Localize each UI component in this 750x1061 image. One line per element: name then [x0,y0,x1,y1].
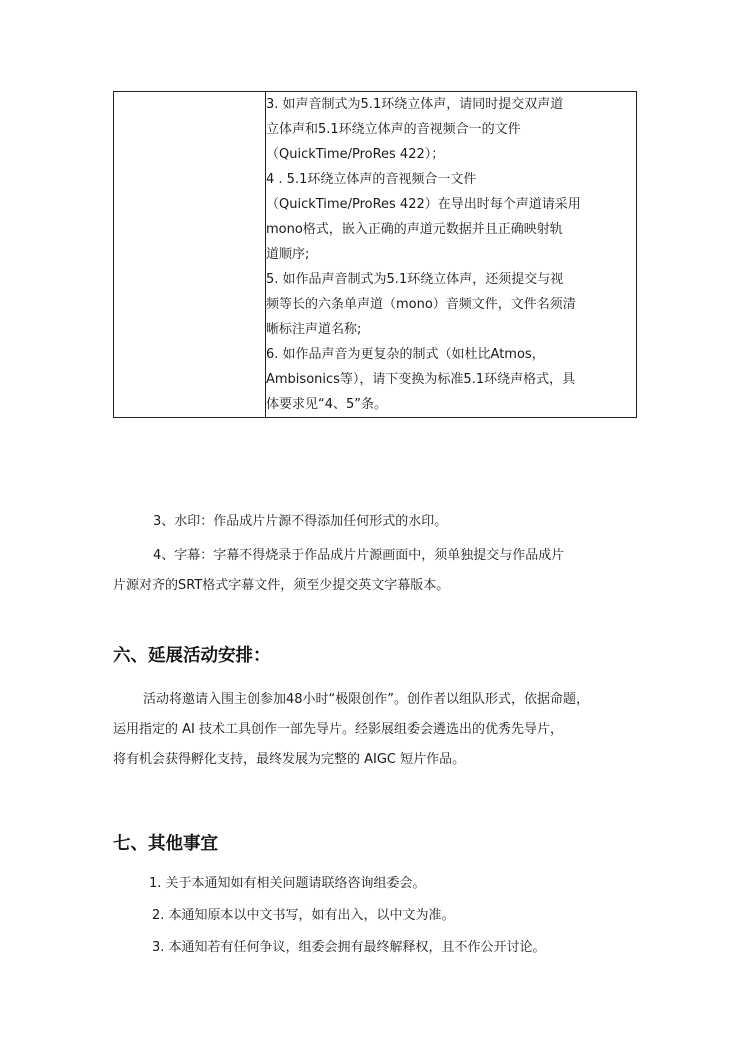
audio-req-5-line-3: 晰标注声道名称; [266,317,636,342]
section-6-heading: 六、延展活动安排： [113,642,271,667]
section-6-line-2: 运用指定的 AI 技术工具创作一部先导片。经影展组委会遴选出的优秀先导片， [113,717,563,742]
section-7-item-2: 2. 本通知原本以中文书写，如有出入，以中文为准。 [152,903,455,928]
audio-req-4-line-2: （QuickTime/ProRes 422）在导出时每个声道请采用 [266,192,636,217]
section-7-heading: 七、其他事宜 [113,830,218,855]
audio-req-6-line-1: 6. 如作品声音为更复杂的制式（如杜比Atmos， [266,342,636,367]
section-7-item-1: 1. 关于本通知如有相关问题请联络咨询组委会。 [149,871,426,896]
table-label-cell [114,92,266,418]
audio-req-6-line-2: Ambisonics等），请下变换为标准5.1环绕声格式，具 [266,367,636,392]
section-7-item-3: 3. 本通知若有任何争议，组委会拥有最终解释权，且不作公开讨论。 [152,935,546,960]
audio-req-3-line-1: 3. 如声音制式为5.1环绕立体声，请同时提交双声道 [266,92,636,117]
audio-req-4-line-1: 4 . 5.1环绕立体声的音视频合一文件 [266,167,636,192]
audio-req-5-line-1: 5. 如作品声音制式为5.1环绕立体声，还须提交与视 [266,267,636,292]
section-6-line-1: 活动将邀请入围主创参加48小时“极限创作”。创作者以组队形式，依据命题， [143,687,589,712]
audio-req-4-line-3: mono格式，嵌入正确的声道元数据并且正确映射轨 [266,217,636,242]
requirements-table: 3. 如声音制式为5.1环绕立体声，请同时提交双声道 立体声和5.1环绕立体声的… [113,91,637,418]
table-row: 3. 如声音制式为5.1环绕立体声，请同时提交双声道 立体声和5.1环绕立体声的… [114,92,637,418]
audio-req-4-line-4: 道顺序; [266,242,636,267]
document-page: 3. 如声音制式为5.1环绕立体声，请同时提交双声道 立体声和5.1环绕立体声的… [0,0,750,1061]
audio-req-3-line-3: （QuickTime/ProRes 422）； [266,142,636,167]
audio-req-6-line-3: 体要求见“4、5”条。 [266,392,636,417]
audio-req-3-line-2: 立体声和5.1环绕立体声的音视频合一的文件 [266,117,636,142]
section-6-line-3: 将有机会获得孵化支持，最终发展为完整的 AIGC 短片作品。 [113,747,465,772]
audio-req-5-line-2: 频等长的六条单声道（mono）音频文件，文件名须清 [266,292,636,317]
subtitle-paragraph-line-1: 4、字幕：字幕不得烧录于作品成片片源画面中，须单独提交与作品成片 [153,543,564,568]
table-content-cell: 3. 如声音制式为5.1环绕立体声，请同时提交双声道 立体声和5.1环绕立体声的… [266,92,637,418]
watermark-paragraph: 3、水印：作品成片片源不得添加任何形式的水印。 [153,509,447,534]
subtitle-paragraph-line-2: 片源对齐的SRT格式字幕文件，须至少提交英文字幕版本。 [113,573,449,598]
